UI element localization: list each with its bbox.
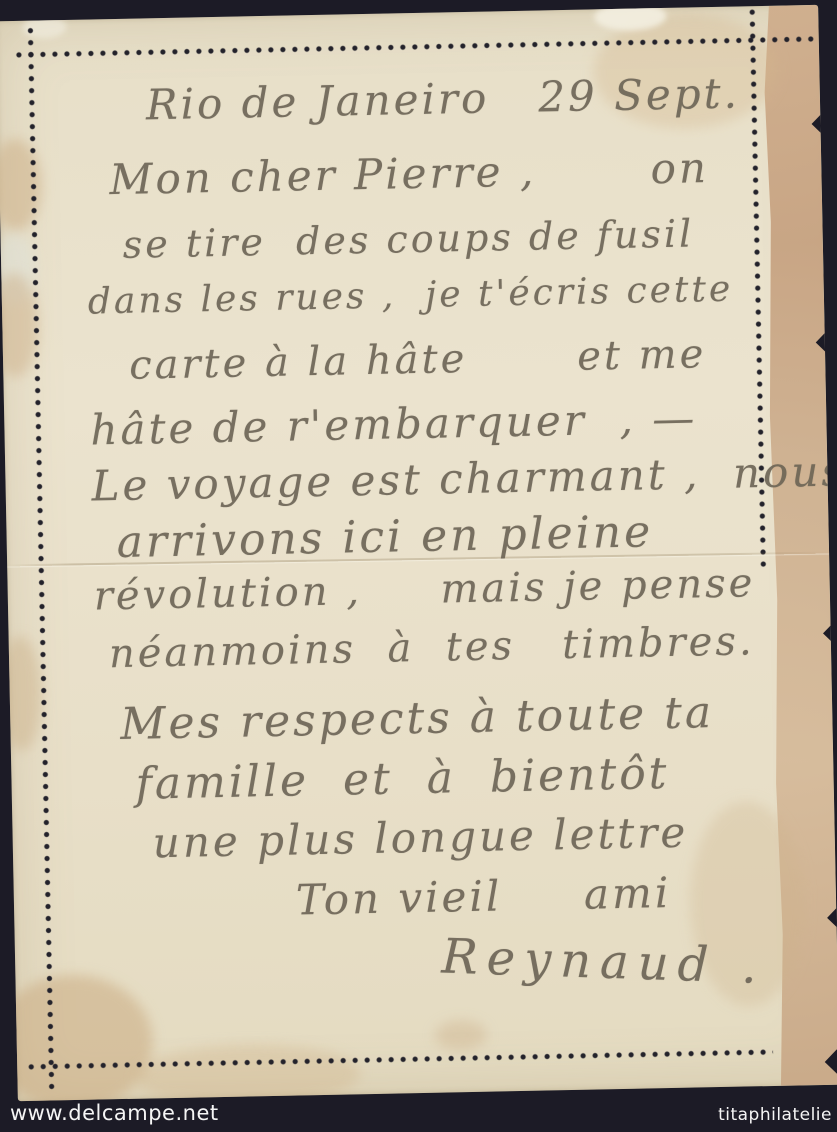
handwriting-line: une plus longue lettre (152, 808, 688, 868)
handwriting-line: Ton vieil ami (295, 868, 671, 925)
handwriting-line: révolution , mais je pense (93, 560, 755, 619)
letter-card: Rio de Janeiro 29 Sept.Mon cher Pierre ,… (0, 5, 837, 1101)
handwriting-line: famille et à bientôt (135, 748, 670, 810)
handwriting-line: Le voyage est charmant , nous (91, 446, 837, 510)
photo-background: Rio de Janeiro 29 Sept.Mon cher Pierre ,… (0, 0, 837, 1132)
handwriting-text: Rio de Janeiro 29 Sept.Mon cher Pierre ,… (0, 5, 837, 1101)
handwriting-line: Rio de Janeiro 29 Sept. (145, 68, 740, 129)
handwriting-line: hâte de r'embarquer , — (90, 393, 698, 454)
handwriting-line: Mes respects à toute ta (120, 687, 715, 750)
handwriting-line: arrivons ici en pleine (116, 506, 653, 568)
watermark-delcampe: www.delcampe.net (10, 1101, 219, 1125)
handwriting-line: carte à la hâte et me (129, 331, 707, 389)
watermark-titaphilatelie: titaphilatelie (718, 1105, 832, 1125)
handwriting-line: Reynaud . (441, 929, 767, 995)
handwriting-line: Mon cher Pierre , on (109, 143, 709, 204)
handwriting-line: néanmoins à tes timbres. (109, 618, 755, 677)
handwriting-line: se tire des coups de fusil (122, 211, 694, 266)
handwriting-line: dans les rues , je t'écris cette (87, 269, 733, 323)
